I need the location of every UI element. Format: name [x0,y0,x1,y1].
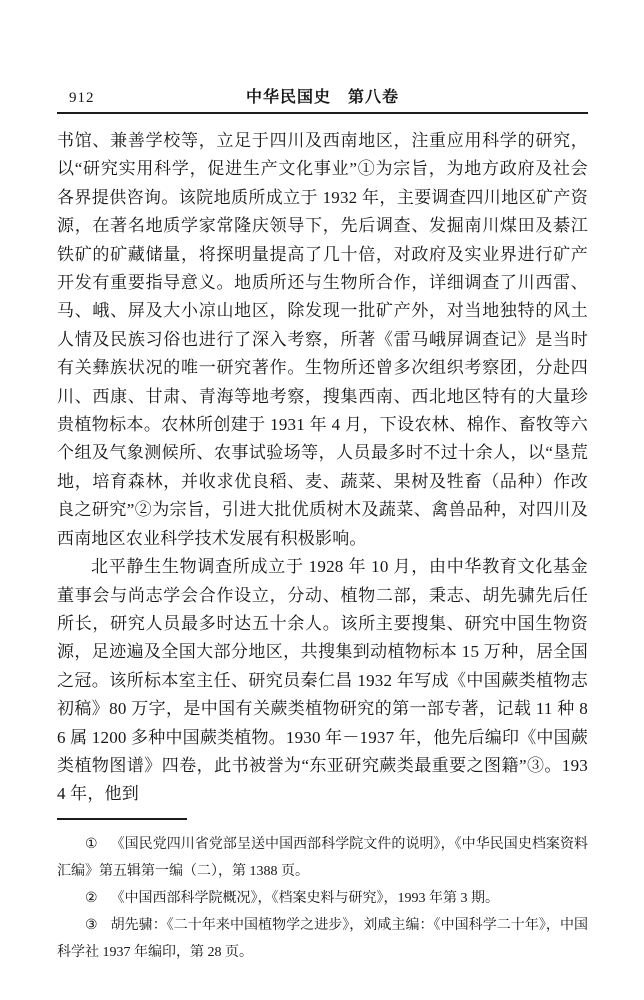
body-paragraph-1: 书馆、兼善学校等，立足于四川及西南地区，注重应用科学的研究，以“研究实用科学，促… [57,127,588,553]
footnote-marker-3: ③ [85,918,98,933]
book-page: 912 中华民国史 第八卷 书馆、兼善学校等，立足于四川及西南地区，注重应用科学… [0,0,644,1000]
body-text: 书馆、兼善学校等，立足于四川及西南地区，注重应用科学的研究，以“研究实用科学，促… [57,127,588,809]
running-title: 中华民国史 第八卷 [57,88,588,108]
footnote-item-2: ②《中国西部科学院概况》，《档案史料与研究》，1993 年第 3 期。 [57,885,588,912]
footnote-text-1: 《国民党四川省党部呈送中国西部科学院文件的说明》，《中华民国史档案资料汇编》第五… [57,837,588,879]
footnote-marker-2: ② [85,891,98,906]
footnote-marker-1: ① [85,837,98,852]
body-paragraph-2: 北平静生生物调查所成立于 1928 年 10 月，由中华教育文化基金董事会与尚志… [57,553,588,809]
footnote-separator [57,818,187,820]
footnote-item-3: ③胡先骕：《二十年来中国植物学之进步》，刘咸主编：《中国科学二十年》，中国科学社… [57,912,588,966]
page-header: 912 中华民国史 第八卷 [57,88,588,114]
footnotes-section: ①《国民党四川省党部呈送中国西部科学院文件的说明》，《中华民国史档案资料汇编》第… [57,831,588,966]
page-number: 912 [69,88,95,108]
footnote-text-3: 胡先骕：《二十年来中国植物学之进步》，刘咸主编：《中国科学二十年》，中国科学社 … [57,918,588,960]
footnote-item-1: ①《国民党四川省党部呈送中国西部科学院文件的说明》，《中华民国史档案资料汇编》第… [57,831,588,885]
footnote-text-2: 《中国西部科学院概况》，《档案史料与研究》，1993 年第 3 期。 [111,891,500,906]
